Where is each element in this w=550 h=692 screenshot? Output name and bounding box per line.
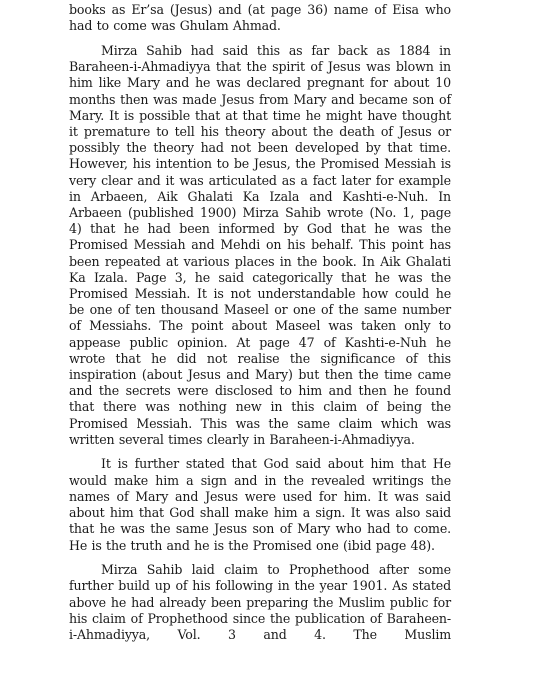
paragraph-2: Mirza Sahib had said this as far back as…: [69, 43, 451, 448]
paragraph-4: Mirza Sahib laid claim to Prophethood af…: [69, 562, 451, 643]
paragraph-1: books as Er’sa (Jesus) and (at page 36) …: [69, 2, 451, 34]
paragraph-3: It is further stated that God said about…: [69, 456, 451, 553]
document-page: books as Er’sa (Jesus) and (at page 36) …: [69, 2, 451, 652]
